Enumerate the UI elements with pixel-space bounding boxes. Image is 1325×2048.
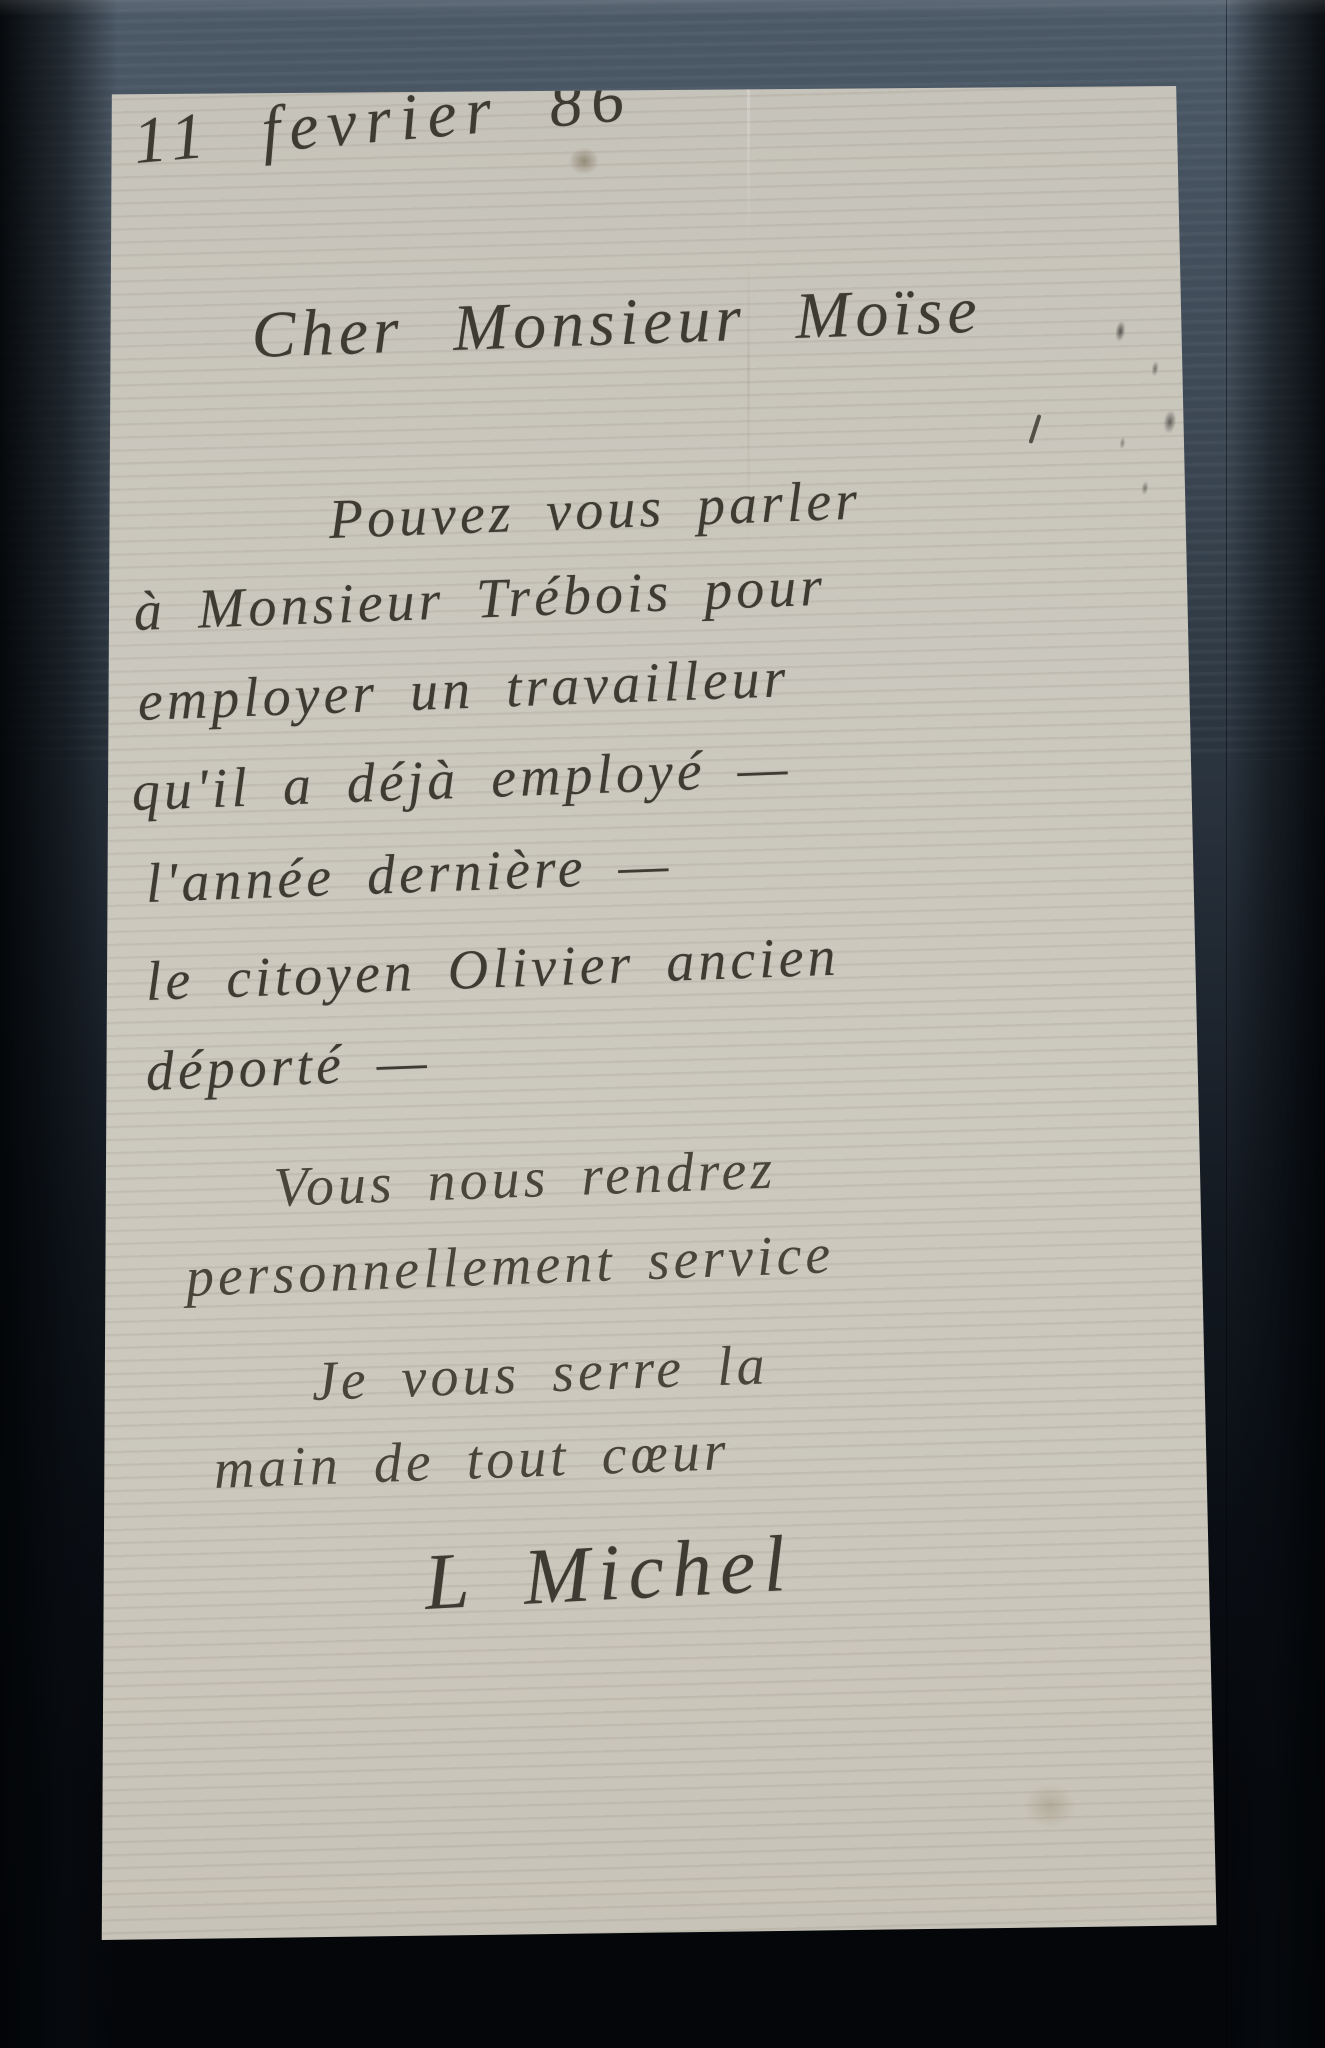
background-left-shadow-band bbox=[0, 0, 118, 2048]
letter-paper: 11 fevrier 86 Cher Monsieur Moïse Pouvez… bbox=[95, 86, 1220, 1940]
letter-line: Pouvez vous parler bbox=[328, 469, 862, 552]
paper-stain bbox=[563, 142, 605, 180]
paper-stain-bottom bbox=[1015, 1776, 1085, 1836]
letter-line: qu'il a déjà employé — bbox=[131, 736, 793, 824]
letter-line: Je vous serre la bbox=[311, 1333, 770, 1414]
letter-line: personnellement service bbox=[185, 1222, 836, 1310]
letter-line: Vous nous rendrez bbox=[273, 1138, 778, 1220]
letter-line: main de tout cœur bbox=[213, 1419, 731, 1502]
letter-line: le citoyen Olivier ancien bbox=[145, 925, 841, 1014]
letter-signature: L Michel bbox=[422, 1519, 795, 1629]
background-top-glint bbox=[0, 0, 1325, 16]
letter-line: à Monsieur Trébois pour bbox=[133, 555, 827, 644]
letter-line: déporté — bbox=[145, 1030, 432, 1104]
letter-line: employer un travailleur bbox=[137, 646, 791, 734]
letter-line: l'année dernière — bbox=[145, 833, 674, 916]
stray-pen-mark bbox=[1028, 414, 1041, 444]
photo-background: 11 fevrier 86 Cher Monsieur Moïse Pouvez… bbox=[0, 0, 1325, 2048]
background-right-shadow-band bbox=[1227, 0, 1325, 2048]
letter-salutation: Cher Monsieur Moïse bbox=[250, 273, 982, 374]
